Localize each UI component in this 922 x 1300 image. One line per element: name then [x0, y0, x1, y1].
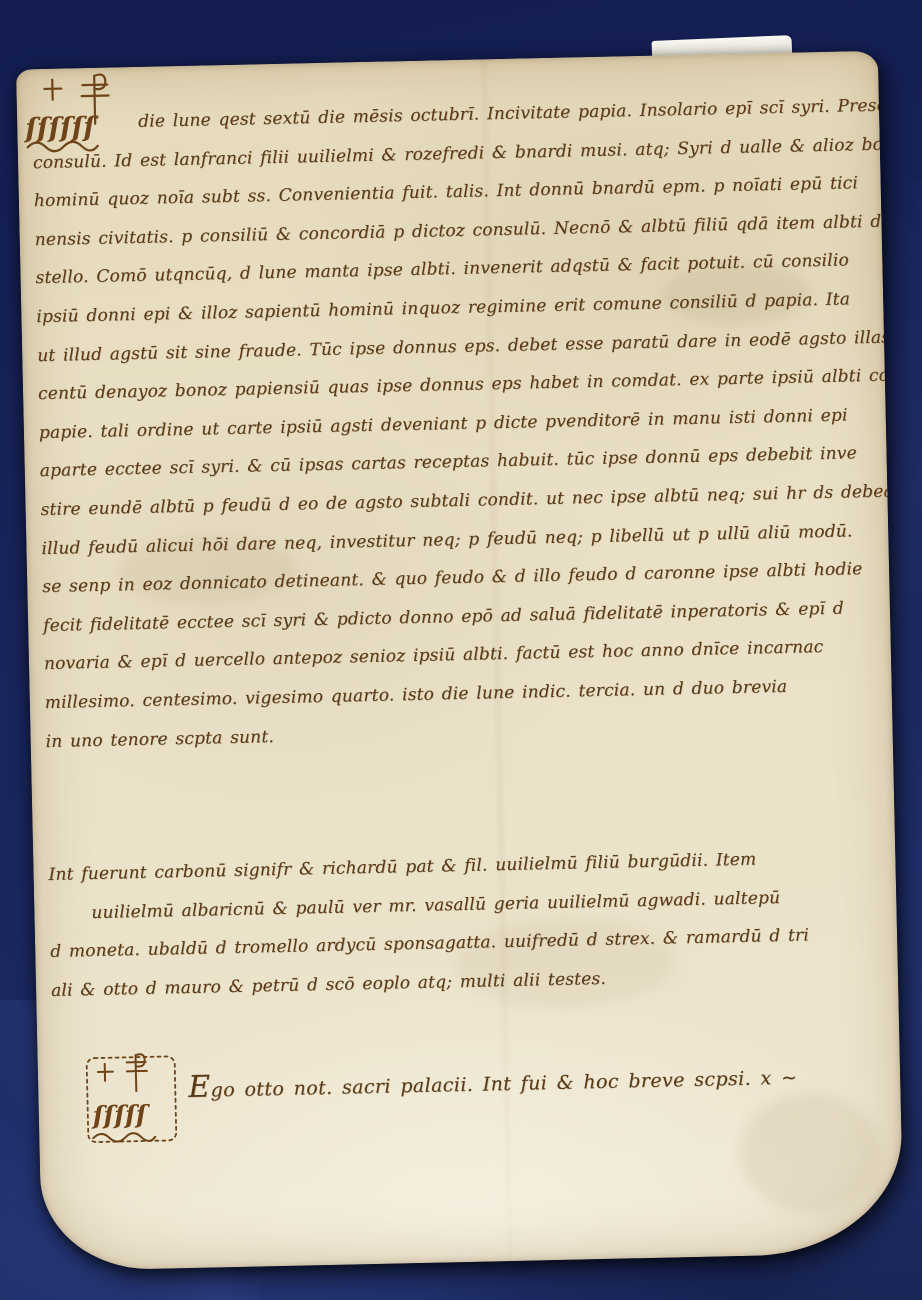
signum-flourish-text: ſſſſſ: [91, 1100, 152, 1130]
parchment-charter: ſſſſſſ die lune qest sextū die mēsis oct…: [16, 51, 904, 1272]
charter-main-text: die lune qest sextū die mēsis octubrī. I…: [32, 87, 886, 761]
charter-witness-list: Int fuerunt carbonū signifr & richardū p…: [48, 838, 891, 1010]
parchment-stain: [739, 1091, 882, 1214]
notary-subscription-line: Ego otto not. sacri palacii. Int fui & h…: [188, 1053, 889, 1111]
notary-signum-icon: ſſſſſ: [83, 1048, 185, 1150]
